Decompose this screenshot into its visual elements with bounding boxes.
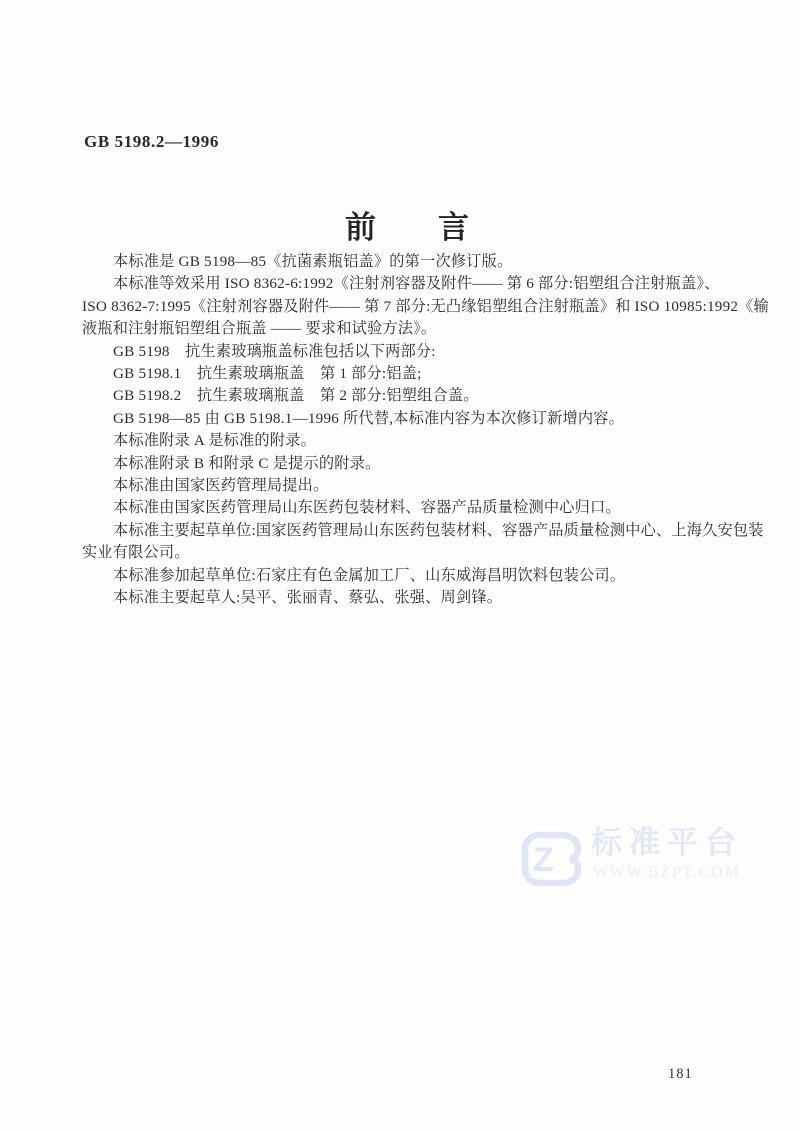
watermark: Z 标准平台 WWW.BZPT.COM — [519, 825, 743, 889]
foreword-body: 本标准是 GB 5198—85《抗菌素瓶铝盖》的第一次修订版。 本标准等效采用 … — [82, 251, 730, 610]
body-line: 本标准主要起草单位:国家医药管理局山东医药包装材料、容器产品质量检测中心、上海久… — [82, 520, 730, 542]
body-line: GB 5198.2 抗生素玻璃瓶盖 第 2 部分:铝塑组合盖。 — [82, 385, 730, 407]
watermark-site-name: 标准平台 — [591, 825, 743, 861]
watermark-text: 标准平台 WWW.BZPT.COM — [591, 825, 743, 883]
logo-letter: Z — [533, 841, 554, 879]
body-line: 本标准附录 A 是标准的附录。 — [82, 430, 730, 452]
body-line: 本标准由国家医药管理局山东医药包装材料、容器产品质量检测中心归口。 — [82, 497, 730, 519]
body-line: 本标准由国家医药管理局提出。 — [82, 475, 730, 497]
body-line: ISO 8362-7:1995《注射剂容器及附件—— 第 7 部分:无凸缘铝塑组… — [82, 296, 730, 318]
page-number: 181 — [668, 1066, 693, 1083]
document-page: GB 5198.2—1996 前 言 本标准是 GB 5198—85《抗菌素瓶铝… — [0, 0, 800, 1131]
body-line: 本标准主要起草人:吴平、张丽青、蔡弘、张强、周剑锋。 — [82, 587, 730, 609]
body-line: 本标准参加起草单位:石家庄有色金属加工厂、山东威海昌明饮料包装公司。 — [82, 565, 730, 587]
body-line: 本标准附录 B 和附录 C 是提示的附录。 — [82, 453, 730, 475]
watermark-site-url: WWW.BZPT.COM — [593, 863, 743, 883]
body-line: 本标准是 GB 5198—85《抗菌素瓶铝盖》的第一次修订版。 — [82, 251, 730, 273]
page-title: 前 言 — [14, 202, 800, 247]
body-line: 实业有限公司。 — [82, 542, 730, 564]
body-line: 本标准等效采用 ISO 8362-6:1992《注射剂容器及附件—— 第 6 部… — [82, 273, 730, 295]
standard-code: GB 5198.2—1996 — [84, 132, 219, 152]
body-line: GB 5198.1 抗生素玻璃瓶盖 第 1 部分:铝盖; — [82, 363, 730, 385]
body-line: 液瓶和注射瓶铝塑组合瓶盖 —— 要求和试验方法》。 — [82, 318, 730, 340]
body-line: GB 5198 抗生素玻璃瓶盖标准包括以下两部分: — [82, 341, 730, 363]
body-line: GB 5198—85 由 GB 5198.1—1996 所代替,本标准内容为本次… — [82, 408, 730, 430]
bzpt-logo-icon: Z — [519, 829, 583, 889]
